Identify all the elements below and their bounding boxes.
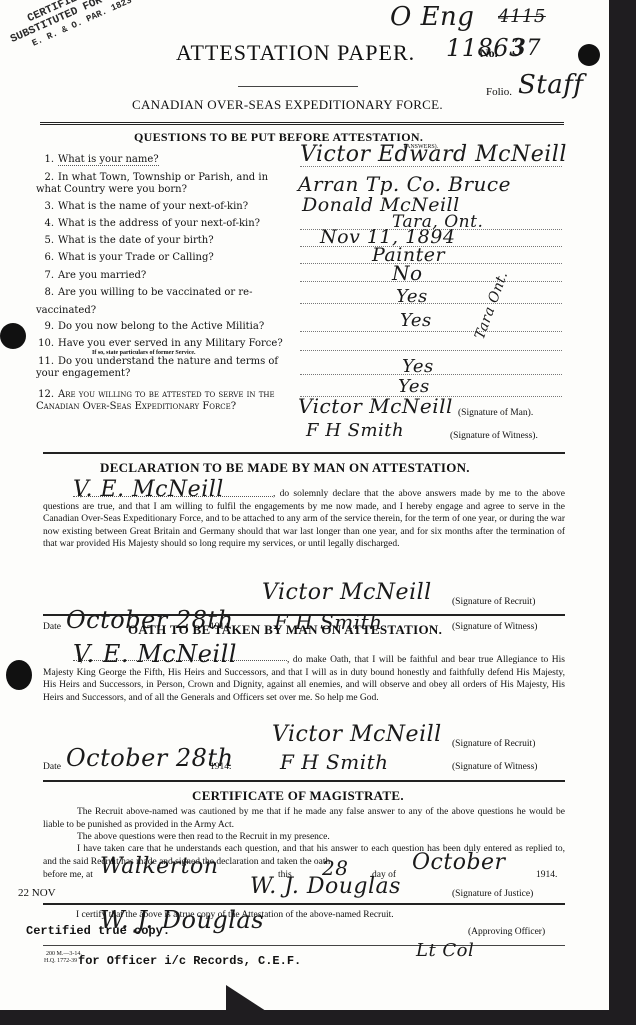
question-5: 5.What is the date of your birth? [36,235,290,247]
rank-note: Lt Col [416,940,474,961]
signature-of-justice: W. J. Douglas [250,874,401,899]
punch-hole-left-upper [0,323,26,349]
oath-year: 1914. [210,762,231,772]
before-me-label: before me, at [43,870,93,880]
number-value: 37 [512,36,541,61]
question-12: 12.Are you willing to be attested to ser… [36,389,290,413]
declaration-heading: DECLARATION TO BE MADE BY MAN ON ATTESTA… [100,460,470,476]
certification-rule [43,945,565,946]
declaration-signature-witness-label: (Signature of Witness) [452,622,537,632]
oath-signature-recruit: Victor McNeill [272,722,442,747]
declaration-text: I,V. E. McNeill, do solemnly declare tha… [43,484,565,551]
attestation-paper: CERTIFIED TRUE COPY SUBSTITUTED FOR TRIP… [0,0,609,1010]
oath-text: I,V. E. McNeill, do make Oath, that I wi… [43,648,565,704]
question-1: 1.What is your name? [36,154,290,166]
oath-date-value: October 28th [66,744,234,772]
document-title: ATTESTATION PAPER. [176,40,415,66]
answer-2-birthplace: Arran Tp. Co. Bruce [298,172,511,196]
question-10: 10.Have you ever served in any Military … [36,338,290,350]
question-2: 2.In what Town, Township or Parish, and … [36,172,294,196]
magistrate-para-2: The above questions were then read to th… [43,831,565,844]
question-8: 8.Are you willing to be vaccinated or re… [36,284,290,320]
document-subtitle: CANADIAN OVER-SEAS EXPEDITIONARY FORCE. [132,97,443,113]
answer-line-10 [300,350,562,351]
question-6: 6.What is your Trade or Calling? [36,252,290,264]
magistrate-heading: CERTIFICATE OF MAGISTRATE. [192,788,404,804]
number-label: No. [480,46,498,61]
title-divider [238,86,358,87]
oath-signature-recruit-label: (Signature of Recruit) [452,739,535,749]
oath-date-label: Date [43,762,61,772]
answer-line-9 [300,331,562,332]
torn-corner [226,985,266,1011]
question-11: 11.Do you understand the nature and term… [36,356,290,380]
top-annotation: O Eng [390,2,474,32]
question-7: 7.Are you married? [36,270,290,282]
declaration-date-label: Date [43,622,61,632]
top-annotation-struck: 4115 [498,6,546,27]
signature-of-man: Victor McNeill [298,394,453,418]
approving-officer-label: (Approving Officer) [468,927,545,937]
records-office-label: for Officer i/c Records, C.E.F. [78,954,301,968]
oath-name: V. E. McNeill [73,648,287,661]
question-4: 4.What is the address of your next-of-ki… [36,218,290,230]
form-code-1: 200 M.—3-14. [46,951,82,957]
magistrate-para-1: The Recruit above-named was cautioned by… [43,806,565,831]
signature-approving-officer: W. J. Douglas [100,906,264,934]
answer-1-name: Victor Edward McNeill [300,142,567,167]
answer-7-married: No [392,261,423,285]
form-code-2: H.Q. 1772-39 [44,958,77,964]
section-rule-oath-visible [43,614,565,616]
question-3: 3.What is the name of your next-of-kin? [36,201,290,213]
signature-of-witness-questions-label: (Signature of Witness). [450,431,538,441]
signature-of-witness-questions: F H Smith [306,420,404,441]
declaration-name: V. E. McNeill [73,484,273,497]
oath-heading: OATH TO BE TAKEN BY MAN ON ATTESTATION. [128,622,442,638]
question-9: 9.Do you now belong to the Active Militi… [36,321,290,333]
declaration-signature-recruit-label: (Signature of Recruit) [452,597,535,607]
folio-value: Staff [518,70,584,100]
answer-line-7 [300,281,562,282]
folio-label: Folio. [486,86,512,98]
answer-8-vaccinated: Yes [396,286,428,307]
punch-hole-top [578,44,600,66]
oath-signature-witness-label: (Signature of Witness) [452,762,537,772]
declaration-signature-recruit: Victor McNeill [262,580,432,605]
section-rule-certification [43,903,565,905]
section-rule-magistrate [43,780,565,782]
oath-signature-witness: F H Smith [280,750,389,774]
punch-hole-left-lower [6,660,32,690]
answer-9-militia: Yes [400,310,432,331]
magistrate-place: Walkerton [100,854,218,879]
magistrate-year: 1914. [536,870,557,880]
answer-11-terms: Yes [402,356,434,377]
margin-date-stamp: 22 NOV [18,887,56,899]
magistrate-month: October [412,850,506,875]
signature-of-justice-label: (Signature of Justice) [452,889,533,899]
section-rule-declaration [43,452,565,454]
answer-line-8 [300,303,562,304]
signature-of-man-label: (Signature of Man). [458,408,533,418]
header-double-rule [40,122,564,125]
